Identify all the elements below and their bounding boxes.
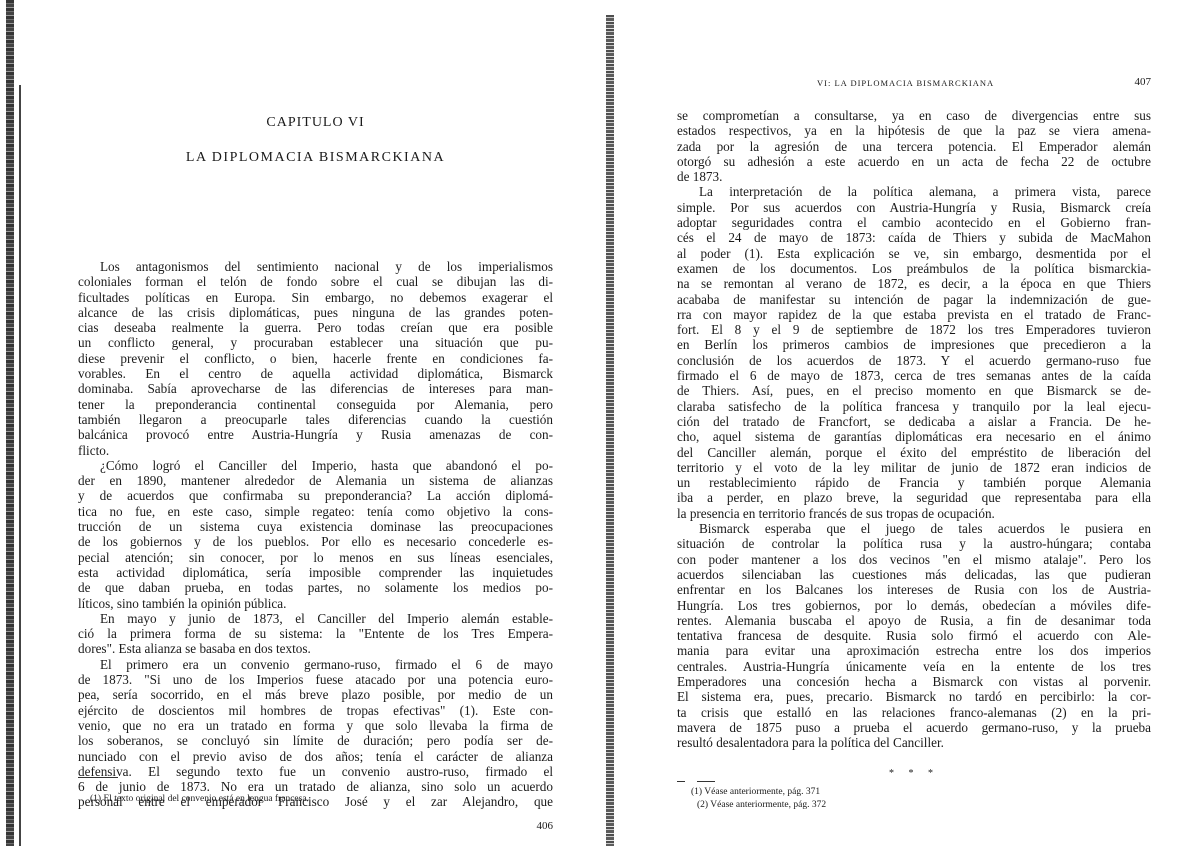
text-line: El sistema era, pues, precario. Bismarck… [677,689,1151,704]
text-line: La interpretación de la política alemana… [677,184,1151,199]
text-line: rra con mayor rapidez de la que estaba p… [677,307,1151,322]
text-line: dominaba. Sabía aprovecharse de las dife… [78,381,553,396]
text-line: un restablecimiento rápido de Francia y … [677,475,1151,490]
text-line: con poder mantener a los dos vecinos "en… [677,552,1151,567]
text-line: der en 1890, mantener alrededor de Alema… [78,473,553,488]
text-line: vorables. En el centro de aquella activi… [78,366,553,381]
page-number: 406 [537,820,554,832]
text-line: flicto. [78,443,553,458]
text-line: coloniales forman el telón de fondo sobr… [78,274,553,289]
scan-margin-line [19,85,21,846]
text-line: rentes. Alemania buscaba el apoyo de Rus… [677,613,1151,628]
text-line: situación de controlar la política rusa … [677,536,1151,551]
scan-binding-edge-left [6,0,14,846]
text-line: cho, aquel sistema de garantías diplomát… [677,429,1151,444]
text-line: Emperadores una concesión hecha a Bismar… [677,674,1151,689]
text-line: tica no fue, en este caso, simple regate… [78,504,553,519]
text-line: fort. El 8 y el 9 de septiembre de 1872 … [677,322,1151,337]
chapter-number: CAPITULO VI [78,115,553,131]
text-line: diese prevenir el conflicto, o bien, hac… [78,351,553,366]
text-line: En mayo y junio de 1873, el Canciller de… [78,611,553,626]
text-line: territorio y el voto de la ley militar d… [677,460,1151,475]
text-line: nunciado con el previo aviso de dos años… [78,749,553,764]
text-line: dores". Esta alianza se basaba en dos te… [78,641,553,656]
text-line: ejército de doscientos mil hombres de tr… [78,703,553,718]
footnote-rule [697,781,715,782]
text-line: cias deseaba realmente la guerra. Pero t… [78,320,553,335]
text-line: estados respectivos, ya en la hipótesis … [677,123,1151,138]
text-line: ¿Cómo logró el Canciller del Imperio, ha… [78,458,553,473]
footnote-1: (1) Véase anteriormente, pág. 371 [691,787,820,797]
text-line: conclusión de los acuerdos de 1873. Y el… [677,353,1151,368]
text-line: Los antagonismos del sentimiento naciona… [78,259,553,274]
text-line: líticos, sino también la opinión pública… [78,596,553,611]
text-line: firmado el 6 de mayo de 1873, cerca de t… [677,368,1151,383]
text-line: El primero era un convenio germano-ruso,… [78,657,553,672]
text-line: iba a perder, en plazo breve, la segurid… [677,490,1151,505]
text-line: esta actividad diplomática, sería imposi… [78,565,553,580]
text-line: también llegaron a preocuparle tales dif… [78,412,553,427]
text-line: zada por la agresión de una tercera pote… [677,139,1151,154]
text-line: ficultades políticas en Europa. Sin emba… [78,290,553,305]
text-line: pea, sería socorrido, en el más breve pl… [78,687,553,702]
text-line: alcance de las crisis diplomáticas, pues… [78,305,553,320]
text-line: acuerdos silenciaban las cuestiones más … [677,567,1151,582]
left-page-body: Los antagonismos del sentimiento naciona… [78,259,553,810]
text-line: claraba satisfecho de la política france… [677,399,1151,414]
text-line: centrales. Austria-Hungría únicamente ve… [677,659,1151,674]
footnote-rule-short [677,781,685,782]
text-line: ción del tratado de Francfort, se dedica… [677,414,1151,429]
text-line: de Thiers. Así, pues, en el preciso mome… [677,383,1151,398]
text-line: tener la preponderancia continental cons… [78,397,553,412]
text-line: tentativa francesa de desquite. Rusia so… [677,628,1151,643]
text-line: na se remontan al verano de 1872, es dec… [677,276,1151,291]
text-line: adoptar seguridades contra el cambio aco… [677,215,1151,230]
right-page: VI: LA DIPLOMACIA BISMARCKIANA 407 se co… [677,0,1151,846]
chapter-title: LA DIPLOMACIA BISMARCKIANA [78,150,553,166]
footnote-2: (2) Véase anteriormente, pág. 372 [697,800,826,810]
text-line: de que daban prueba, en todas partes, no… [78,580,553,595]
text-line: ció la primera forma de su sistema: la "… [78,626,553,641]
text-line: al poder (1). Esta explicación se ve, si… [677,246,1151,261]
page-number: 407 [1135,76,1152,88]
text-line: de 1873. "Si uno de los Imperios fuese a… [78,672,553,687]
text-line: defensiva. El segundo texto fue un conve… [78,764,553,779]
text-line: simple. Por sus acuerdos con Austria-Hun… [677,200,1151,215]
text-line: en Berlín los primeros cambios de impres… [677,337,1151,352]
text-line: la presencia en territorio francés de su… [677,506,1151,521]
left-page: CAPITULO VI LA DIPLOMACIA BISMARCKIANA L… [78,0,553,846]
right-page-body: se comprometían a consultarse, ya en cas… [677,108,1151,750]
text-line: un conflicto general, y procuraban estab… [78,335,553,350]
text-line: enfrentar en los Balcanes los intereses … [677,582,1151,597]
text-line: mavera de 1875 puso a prueba el acuerdo … [677,720,1151,735]
footnote-1: (1) El texto original del convenio está … [90,794,309,804]
text-line: y de acuerdos que confirmaba su preponde… [78,488,553,503]
text-line: venio, que no era un tratado en forma y … [78,718,553,733]
text-line: ta crisis que estalló en las relaciones … [677,705,1151,720]
section-break: * * * [677,768,1151,779]
text-line: acababa de manifestar su intención de pa… [677,292,1151,307]
text-line: mania para evitar una aproximación estre… [677,643,1151,658]
book-gutter [606,15,614,846]
text-line: balcánica provocó entre Austria-Hungría … [78,427,553,442]
text-line: trucción de un sistema cuya existencia d… [78,519,553,534]
text-line: examen de los documentos. Los preámbulos… [677,261,1151,276]
text-line: los soberanos, se concluyó sin límite de… [78,733,553,748]
text-line: de 1873. [677,169,1151,184]
text-line: Bismarck esperaba que el juego de tales … [677,521,1151,536]
running-head: VI: LA DIPLOMACIA BISMARCKIANA [817,78,994,88]
text-line: resultó desalentadora para la política d… [677,735,1151,750]
text-line: Hungría. Los tres gobiernos, por lo demá… [677,598,1151,613]
text-line: otorgó su adhesión a este acuerdo en un … [677,154,1151,169]
text-line: se comprometían a consultarse, ya en cas… [677,108,1151,123]
text-line: pecial atención; sin conocer, por lo men… [78,550,553,565]
footnote-rule [78,777,118,778]
text-line: 6 de junio de 1873. No era un tratado de… [78,779,553,794]
text-line: de los gobiernos y de los pueblos. Por e… [78,534,553,549]
text-line: cés el 24 de mayo de 1873: caída de Thie… [677,230,1151,245]
text-line: del Canciller alemán, porque el éxito de… [677,445,1151,460]
